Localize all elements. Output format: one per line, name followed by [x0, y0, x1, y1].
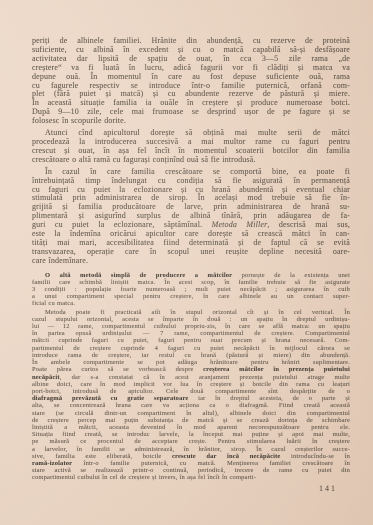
page-text: periți de albinele familiei. Hrănite din…: [32, 37, 350, 482]
text-line: lui — 12 rame, compartimentul cuibului p…: [32, 323, 350, 330]
text-line: necăpăcit, dar s-a constatat că în acest…: [32, 374, 350, 381]
text-line: O altă metodă simplă de producere a mătc…: [32, 272, 350, 279]
text-line: ramă-izolator într-o familie puternică, …: [32, 460, 350, 467]
text-line: pe măsură ce procentul de acceptare creș…: [32, 438, 350, 445]
text-line: mătcii cuprinde faguri cu puiet, faguri …: [32, 337, 350, 344]
text-line: port-botci, introdusă de apicultor. Cele…: [32, 388, 350, 395]
text-line: crescătoare o altă ramă cu fagurași conț…: [32, 156, 350, 165]
text-line: 3 condiții : populație foarte numeroasă …: [32, 286, 350, 293]
text-line: compartimentul cuibului în cel de crește…: [32, 474, 350, 481]
paragraph: periți de albinele familiei. Hrănite din…: [32, 37, 350, 126]
text-line: introduce rama de creștere, iar restul c…: [32, 352, 350, 359]
text-line: sive, familia este eliberată, botcile cr…: [32, 453, 350, 460]
paragraph: Atunci cînd apicultorul dorește să obțin…: [32, 129, 350, 165]
paragraph: Metoda poate fi practicată atît în stupu…: [32, 309, 350, 482]
text-line: folosesc în scopurile dorite.: [32, 117, 350, 126]
paragraph: În cazul în care familia crescătoare se …: [32, 168, 350, 266]
page-number: 141: [319, 484, 337, 493]
text-line: stare (se circulă dintr-un compartiment …: [32, 410, 350, 417]
text-line: Poate părea curios să se vorbească despr…: [32, 366, 350, 373]
text-line: alta, se concentrează hrana care va acți…: [32, 402, 350, 409]
text-line: ficial cu matca.: [32, 300, 350, 307]
text-line: cazul stupului orizontal, acesta se împa…: [32, 316, 350, 323]
paragraph: O altă metodă simplă de producere a mătc…: [32, 272, 350, 308]
text-line: În ambele compartimente se pot adăuga hr…: [32, 359, 350, 366]
scanned-page: periți de albinele familiei. Hrănite din…: [0, 0, 373, 525]
text-line: care îndemînare.: [32, 257, 350, 266]
text-line: a larvelor, în familii se administrează,…: [32, 446, 350, 453]
text-line: de creștere percep mai puțin substanța d…: [32, 417, 350, 424]
text-line: familii care schimbă liniștit matca. În …: [32, 279, 350, 286]
text-line: partimentul de creștere cuprinde 4 fagur…: [32, 345, 350, 352]
text-line: a unui compartiment special pentru creșt…: [32, 293, 350, 300]
text-line: Situația fiind creată, se introduc larve…: [32, 431, 350, 438]
text-line: albine doici, care în mod implicit vor l…: [32, 381, 350, 388]
text-line: Metoda poate fi practicată atît în stupu…: [32, 309, 350, 316]
